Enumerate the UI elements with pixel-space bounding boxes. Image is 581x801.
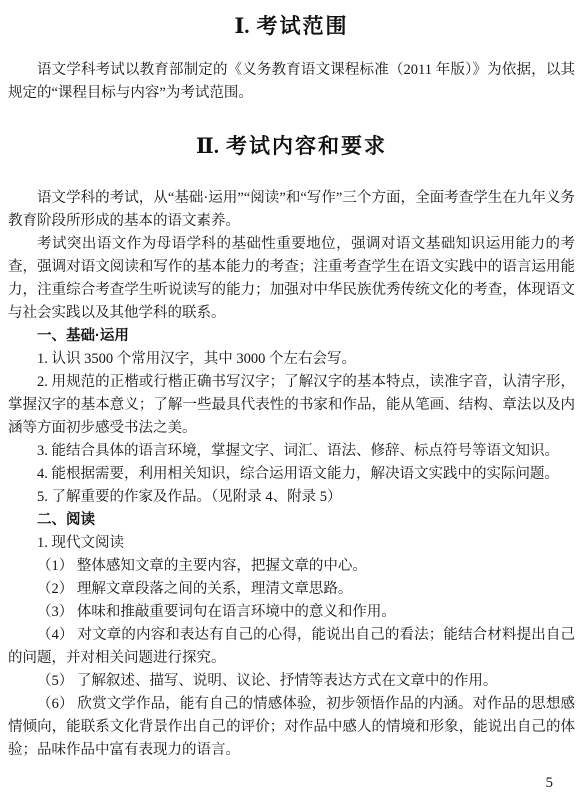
exam-overview-paragraph: 语文学科的考试，从“基础·运用”“阅读”和“写作”三个方面，全面考查学生在九年义… — [8, 187, 575, 233]
scope-paragraph: 语文学科考试以教育部制定的《义务教育语文课程标准（2011 年版）》为依据，以其… — [8, 59, 575, 105]
modern-reading-subheading: 1. 现代文阅读 — [8, 532, 575, 555]
basics-item: 4. 能根据需要，利用相关知识，综合运用语文能力，解决语文实践中的实际问题。 — [8, 463, 575, 486]
section-2-numeral: Ⅱ. — [196, 134, 219, 158]
reading-item: （3） 体味和推敲重要词句在语言环境中的意义和作用。 — [8, 601, 575, 624]
basics-item: 3. 能结合具体的语言环境，掌握文字、词汇、语法、修辞、标点符号等语文知识。 — [8, 440, 575, 463]
subsection-reading-heading: 二、阅读 — [8, 509, 575, 532]
reading-item: （6） 欣赏文学作品，能有自己的情感体验，初步领悟作品的内涵。对作品的思想感情倾… — [8, 693, 575, 762]
reading-item: （5） 了解叙述、描写、说明、议论、抒情等表达方式在文章中的作用。 — [8, 670, 575, 693]
reading-item: （2） 理解文章段落之间的关系，理清文章思路。 — [8, 578, 575, 601]
document-page: Ⅰ.考试范围 语文学科考试以教育部制定的《义务教育语文课程标准（2011 年版）… — [0, 0, 581, 801]
basics-item: 2. 用规范的正楷或行楷正确书写汉字；了解汉字的基本特点，读准字音，认清字形，掌… — [8, 371, 575, 440]
section-2-heading: Ⅱ.考试内容和要求 — [8, 132, 575, 161]
section-1-title: 考试范围 — [257, 15, 349, 38]
section-1-numeral: Ⅰ. — [234, 14, 249, 38]
basics-item: 5. 了解重要的作家及作品。（见附录 4、附录 5） — [8, 486, 575, 509]
reading-item: （1） 整体感知文章的主要内容，把握文章的中心。 — [8, 555, 575, 578]
reading-item: （4） 对文章的内容和表达有自己的心得，能说出自己的看法；能结合材料提出自己的问… — [8, 624, 575, 670]
exam-emphasis-paragraph: 考试突出语文作为母语学科的基础性重要地位，强调对语文基础知识运用能力的考查，强调… — [8, 233, 575, 325]
page-number: 5 — [546, 774, 554, 792]
section-1-heading: Ⅰ.考试范围 — [8, 12, 575, 41]
section-2-title: 考试内容和要求 — [226, 135, 387, 158]
basics-item: 1. 认识 3500 个常用汉字，其中 3000 个左右会写。 — [8, 348, 575, 371]
subsection-basics-heading: 一、基础·运用 — [8, 325, 575, 348]
